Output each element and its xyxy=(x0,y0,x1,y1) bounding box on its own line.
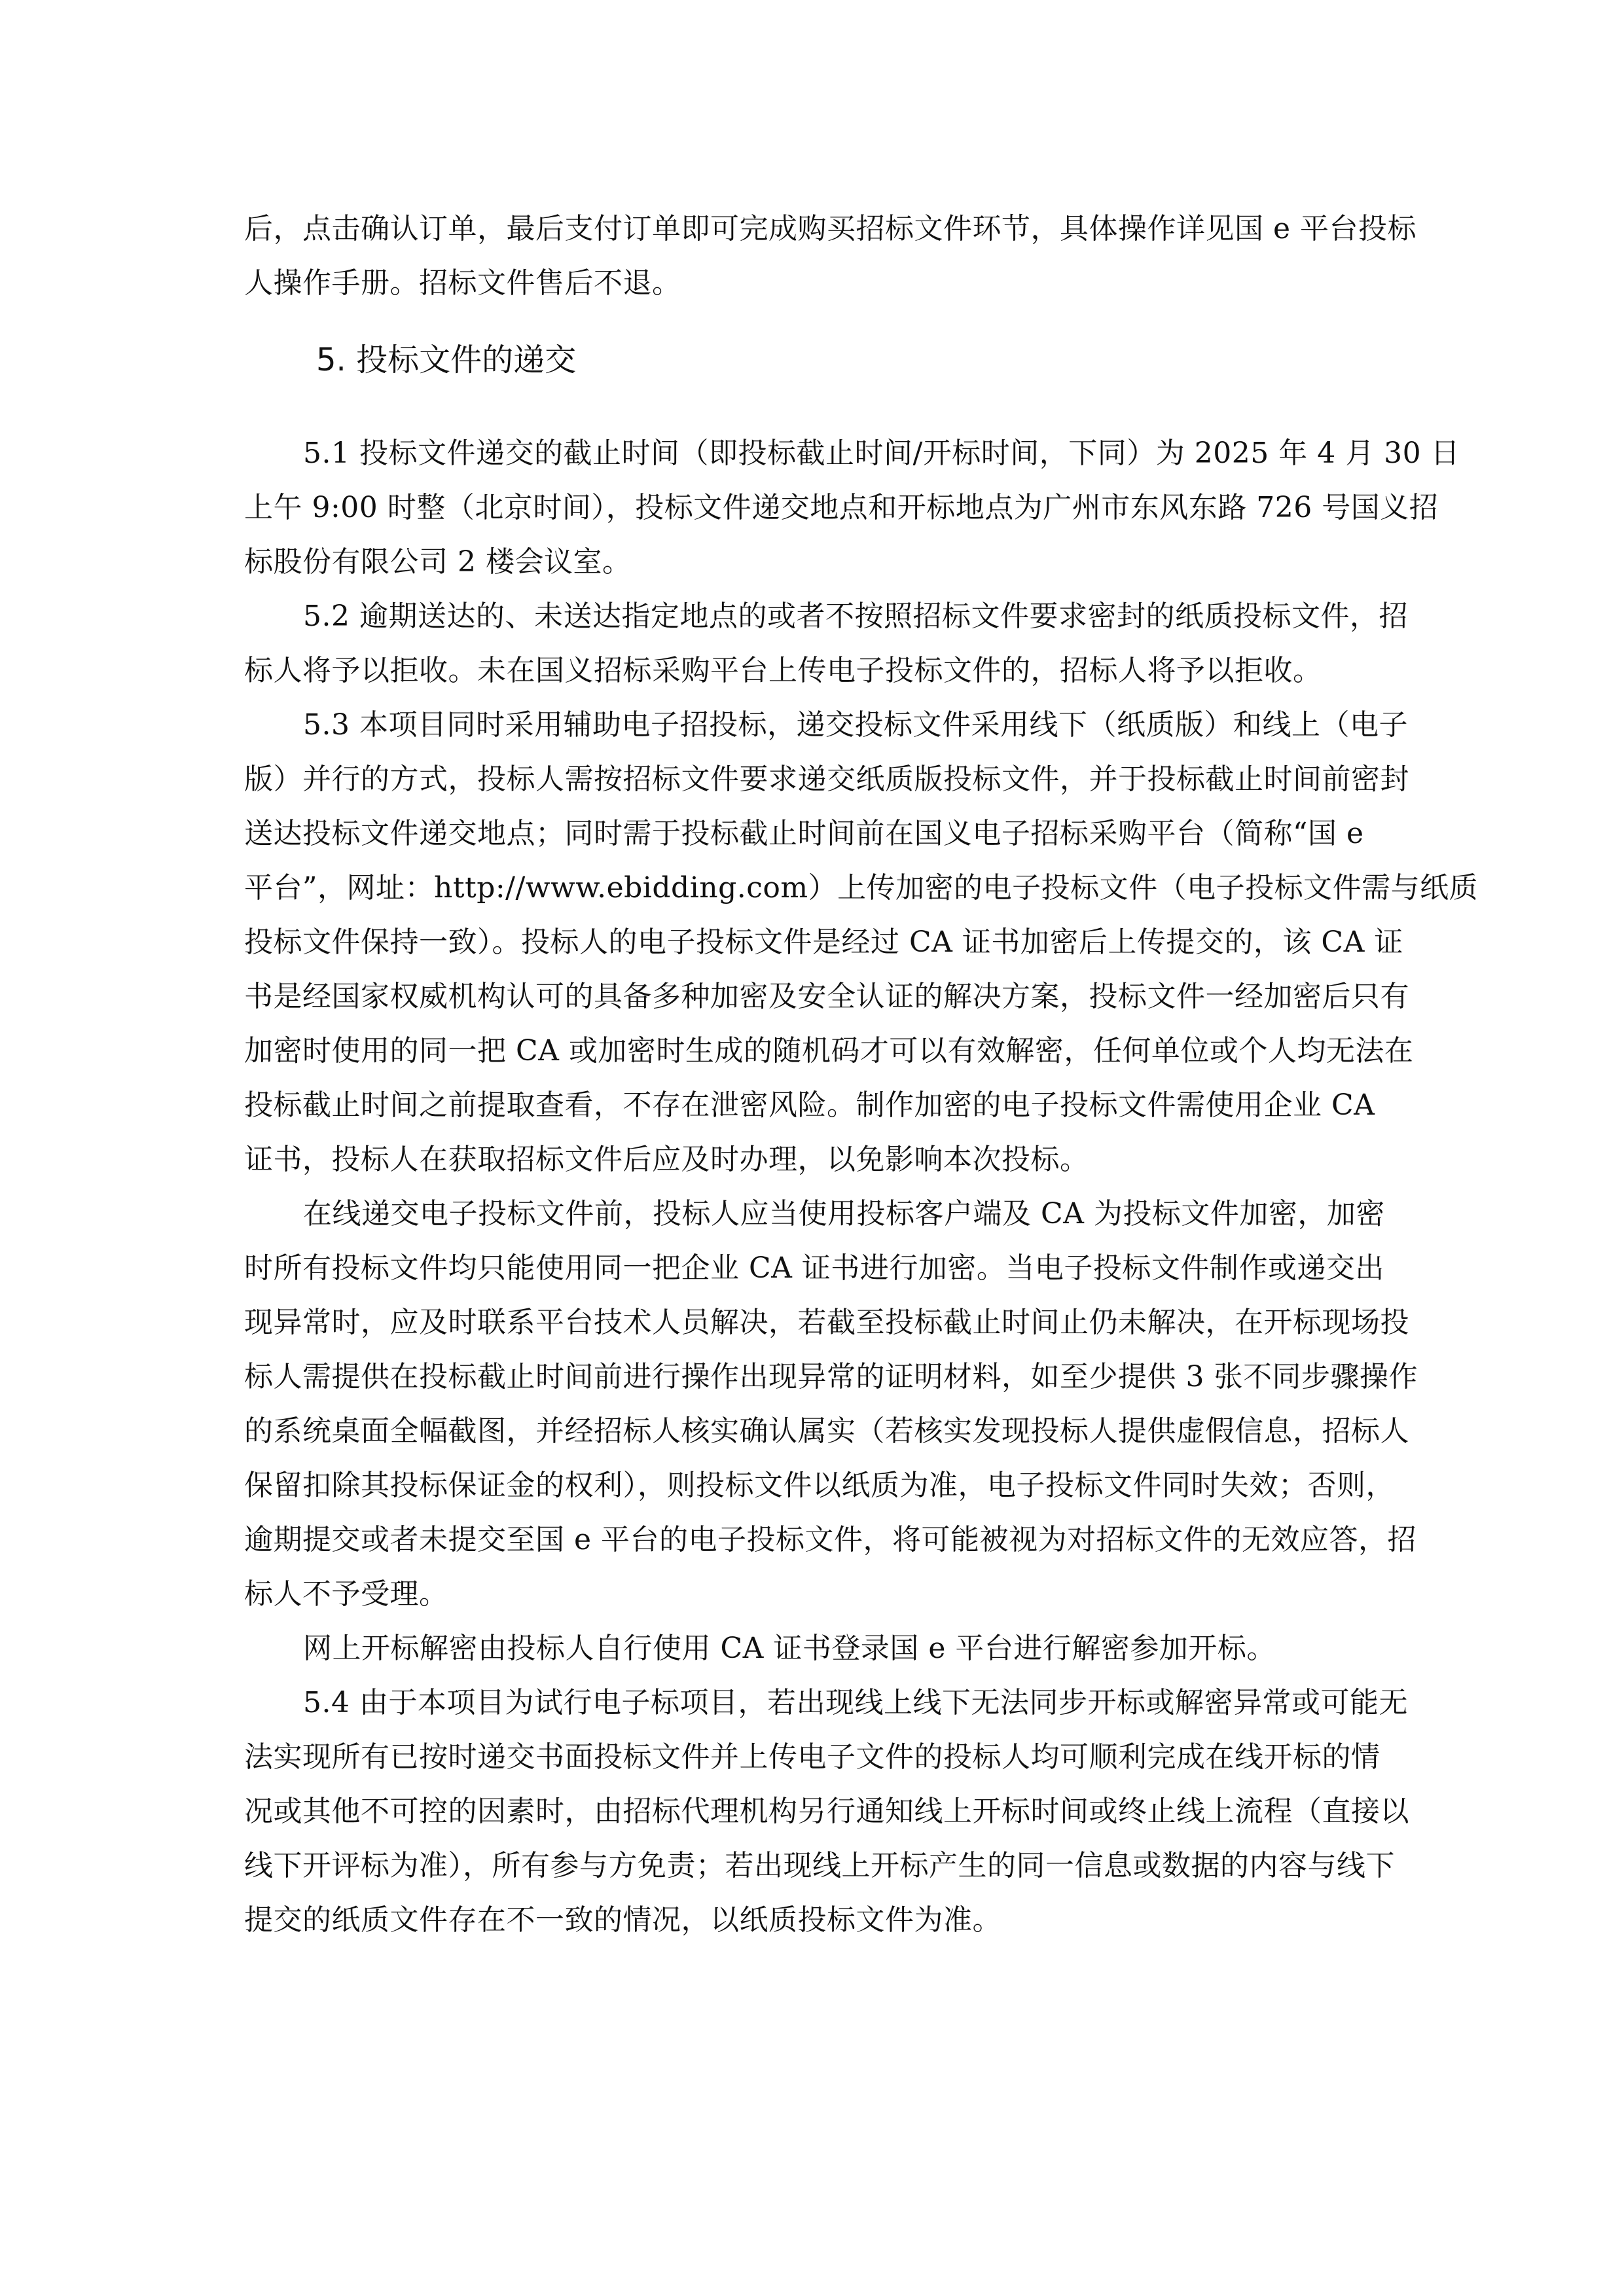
paragraph-online-line: 时所有投标文件均只能使用同一把企业 CA 证书进行加密。当电子投标文件制作或递交… xyxy=(244,1250,1384,1287)
paragraph-5-2-line: 5.2 逾期送达的、未送达指定地点的或者不按照招标文件要求密封的纸质投标文件，招 xyxy=(303,598,1408,635)
paragraph-online-line: 在线递交电子投标文件前，投标人应当使用投标客户端及 CA 为投标文件加密，加密 xyxy=(303,1196,1385,1232)
paragraph-online-line: 现异常时，应及时联系平台技术人员解决，若截至投标截止时间止仍未解决，在开标现场投 xyxy=(244,1304,1409,1341)
intro-line: 后，点击确认订单，最后支付订单即可完成购买招标文件环节，具体操作详见国 e 平台… xyxy=(244,211,1416,247)
paragraph-5-3-line: 书是经国家权威机构认可的具备多种加密及安全认证的解决方案，投标文件一经加密后只有 xyxy=(244,978,1409,1015)
paragraph-online-line: 逾期提交或者未提交至国 e 平台的电子投标文件，将可能被视为对招标文件的无效应答… xyxy=(244,1522,1416,1558)
section-title: 投标文件的递交 xyxy=(356,342,576,378)
paragraph-online-line: 标人不予受理。 xyxy=(244,1576,448,1613)
section-heading: 5. 投标文件的递交 xyxy=(316,340,576,380)
paragraph-online-line: 的系统桌面全幅截图，并经招标人核实确认属实（若核实发现投标人提供虚假信息，招标人 xyxy=(244,1413,1409,1450)
paragraph-5-2-line: 标人将予以拒收。未在国义招标采购平台上传电子投标文件的，招标人将予以拒收。 xyxy=(244,653,1322,689)
paragraph-5-3-line: 版）并行的方式，投标人需按招标文件要求递交纸质版投标文件，并于投标截止时间前密封 xyxy=(244,761,1409,798)
paragraph-online-line: 保留扣除其投标保证金的权利），则投标文件以纸质为准，电子投标文件同时失效；否则， xyxy=(244,1467,1395,1504)
paragraph-online-line: 标人需提供在投标截止时间前进行操作出现异常的证明材料，如至少提供 3 张不同步骤… xyxy=(244,1359,1418,1395)
paragraph-5-3-line: 送达投标文件递交地点；同时需于投标截止时间前在国义电子招标采购平台（简称“国 e xyxy=(244,816,1364,852)
intro-line: 人操作手册。招标文件售后不退。 xyxy=(244,265,681,302)
paragraph-5-3-line: 平台”，网址：http://www.ebidding.com）上传加密的电子投标… xyxy=(244,870,1478,906)
paragraph-5-4-line: 提交的纸质文件存在不一致的情况，以纸质投标文件为准。 xyxy=(244,1902,1001,1939)
paragraph-5-3-line: 加密时使用的同一把 CA 或加密时生成的随机码才可以有效解密，任何单位或个人均无… xyxy=(244,1033,1413,1069)
paragraph-5-3-line: 投标文件保持一致）。投标人的电子投标文件是经过 CA 证书加密后上传提交的，该 … xyxy=(244,924,1403,961)
paragraph-5-4-line: 线下开评标为准），所有参与方免责；若出现线上开标产生的同一信息或数据的内容与线下 xyxy=(244,1848,1395,1884)
paragraph-5-1-line: 标股份有限公司 2 楼会议室。 xyxy=(244,544,631,581)
section-number: 5. xyxy=(316,342,346,378)
paragraph-5-4-line: 况或其他不可控的因素时，由招标代理机构另行通知线上开标时间或终止线上流程（直接以 xyxy=(244,1793,1409,1830)
paragraph-5-3-line: 5.3 本项目同时采用辅助电子招投标，递交投标文件采用线下（纸质版）和线上（电子 xyxy=(303,707,1408,744)
paragraph-5-1-line: 上午 9:00 时整（北京时间），投标文件递交地点和开标地点为广州市东风东路 7… xyxy=(244,490,1438,526)
paragraph-5-1-line: 5.1 投标文件递交的截止时间（即投标截止时间/开标时间，下同）为 2025 年… xyxy=(303,435,1460,472)
paragraph-5-3-line: 证书，投标人在获取招标文件后应及时办理，以免影响本次投标。 xyxy=(244,1141,1089,1178)
paragraph-5-4-line: 法实现所有已按时递交书面投标文件并上传电子文件的投标人均可顺利完成在线开标的情 xyxy=(244,1739,1380,1776)
paragraph-5-3-line: 投标截止时间之前提取查看，不存在泄密风险。制作加密的电子投标文件需使用企业 CA xyxy=(244,1087,1375,1124)
paragraph-decrypt-line: 网上开标解密由投标人自行使用 CA 证书登录国 e 平台进行解密参加开标。 xyxy=(303,1630,1276,1667)
paragraph-5-4-line: 5.4 由于本项目为试行电子标项目，若出现线上线下无法同步开标或解密异常或可能无 xyxy=(303,1685,1408,1721)
